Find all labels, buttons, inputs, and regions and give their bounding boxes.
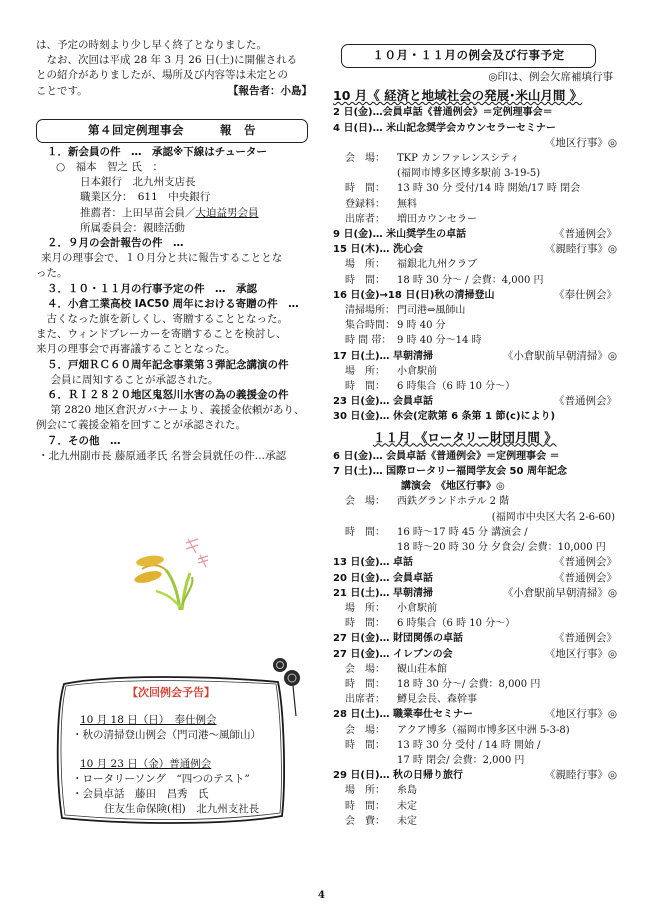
october-header: 10 月《 経済と地域社会の発展･米山月間 》 <box>333 88 623 103</box>
rice-stalk-icon <box>130 525 220 615</box>
intro-line-2: なお、次回は平成 28 年 3 月 26 日(土)に開催される <box>36 53 318 68</box>
detail-row: 場 所：福銀北九州クラブ <box>333 257 623 272</box>
event-nov-21: 21 日(土) … 早朝清掃 《小倉駅前早朝清掃》◎ <box>333 586 623 601</box>
detail-row: 出席者：鱒見会長、森幹事 <box>333 692 623 707</box>
detail-row: 時 間：6 時集合（6 時 10 分～） <box>333 616 623 631</box>
detail-row: 会 場：TKP カンファレンスシティ <box>333 151 623 166</box>
item-2-body-2: った。 <box>36 266 318 281</box>
event-nov-13: 13 日(金) … 卓話 《普通例会》 <box>333 555 623 570</box>
detail-row: 時 間：6 時集合（6 時 10 分～） <box>333 379 623 394</box>
november-events: 6 日(金) … 会員卓話《普通例会》＝定例理事会 ＝ 7 日(土) … 国際ロ… <box>333 449 623 829</box>
rice-illustration <box>130 525 220 615</box>
left-column: は、予定の時刻より少し早く終了となりました。 なお、次回は平成 28 年 3 月… <box>36 38 318 464</box>
item-6-body-1: 第 2820 地区倉沢ガバナーより、義援金依頼があり、 <box>36 403 318 418</box>
detail-row: 場 所：小倉駅前 <box>333 601 623 616</box>
item-7-heading: ７．その他 … <box>36 434 318 449</box>
intro-line-4: ことです。 【報告者：小島】 <box>36 84 318 99</box>
item-4-body-3: 来月の理事会で再審議することとなった。 <box>36 342 318 357</box>
event-nov-7-line2: 講演会 《地区行事》◎ <box>333 479 623 494</box>
detail-row: 場 所：糸島 <box>333 783 623 798</box>
event-oct-23: 23 日(金) … 会員卓話 《普通例会》 <box>333 394 623 409</box>
next-meeting-notice: 【次回例会予告】 10 月 18 日（日） 奉仕例会 ・秋の清掃登山例会（門司港… <box>52 670 290 830</box>
board-report-title: 第４回定例理事会 報 告 <box>36 119 308 143</box>
event-nov-7: 7 日(土) … 国際ロータリー福岡学友会 50 周年記念 <box>333 464 623 479</box>
item-2-heading: ２．９月の会計報告の件 … <box>36 236 318 251</box>
page-number: 4 <box>318 888 325 903</box>
new-member-committee: 所属委員会：親睦活動 <box>36 221 318 236</box>
item-5-heading: ５．戸畑ＲＣ６０周年記念事業第３弾記念講演の件 <box>36 358 318 373</box>
dragonfly-icon <box>186 539 208 567</box>
detail-continuation: 17 時 閉会/ 会費：2,000 円 <box>333 753 623 768</box>
event-oct-16-18: 16 日(金)→18 日(日) 秋の清掃登山 《奉仕例会》 <box>333 288 623 303</box>
event-oct-15: 15 日(木) … 洗心会 《親睦行事》◎ <box>333 242 623 257</box>
intro-line-3: との紹介がありましたが、場所及び内容等は未定との <box>36 68 318 83</box>
detail-row: 会 場：アクア博多（福岡市博多区中洲 5-3-8) <box>333 723 623 738</box>
new-member-org: 日本銀行 北九州支店長 <box>36 175 318 190</box>
meeting-1-heading: 10 月 18 日（日） 奉仕例会 <box>72 713 261 728</box>
detail-row: 出席者：増田カウンセラー <box>333 212 623 227</box>
intro-line-1: は、予定の時刻より少し早く終了となりました。 <box>36 38 318 53</box>
event-oct-4: 4 日(日) … 米山記念奨学会カウンセラーセミナー <box>333 121 623 136</box>
event-nov-28: 28 日(土) … 職業奉仕セミナー 《地区行事》◎ <box>333 707 623 722</box>
new-member-recommenders: 推薦者：上田早苗会員／大迫益男会員 <box>36 206 318 221</box>
event-oct-9: 9 日(金) … 米山奨学生の卓話 《普通例会》 <box>333 227 623 242</box>
event-nov-6: 6 日(金) … 会員卓話《普通例会》＝定例理事会 ＝ <box>333 449 623 464</box>
event-oct-2: 2 日(金) …会員卓話《普通例会》＝定例理事会＝ <box>333 105 623 120</box>
event-oct-30: 30 日(金) … 休会(定款第 6 条第 1 節(c)により) <box>333 409 623 424</box>
meeting-2-heading: 10 月 23 日（金）普通例会 <box>72 757 261 772</box>
item-2-body-1: 来月の理事会で、１０月分と共に報告することとな <box>36 251 318 266</box>
november-header: １１月 《ロータリー財団月間 》 <box>333 430 623 445</box>
detail-row: 会 場：西鉄グランドホテル 2 階 <box>333 494 623 509</box>
meeting-2-item-2: ・会員卓話 藤田 昌秀 氏 <box>72 787 261 802</box>
item-6-heading: ６．ＲＩ２８２０地区鬼怒川水害の為の義援金の件 <box>36 388 318 403</box>
item-5-body: 会員に周知することが承認された。 <box>36 373 318 388</box>
detail-row: 場 所：小倉駅前 <box>333 364 623 379</box>
october-events: 2 日(金) …会員卓話《普通例会》＝定例理事会＝ 4 日(日) … 米山記念奨… <box>333 105 623 424</box>
item-4-heading: ４．小倉工業高校 IAC50 周年における寄贈の件 … <box>36 297 318 312</box>
detail-row: 時 間 帯：9 時 40 分～14 時 <box>333 333 623 348</box>
detail-continuation: 18 時～20 時 30 分 夕食会/ 会費：10,000 円 <box>333 540 623 555</box>
detail-row: (福岡市博多区博多駅前 3-19-5) <box>333 166 623 181</box>
notice-body: 10 月 18 日（日） 奉仕例会 ・秋の清掃登山例会（門司港～風師山） 10 … <box>72 713 261 817</box>
detail-row: 時 間：13 時 30 分 受付 / 14 時 開始 / <box>333 738 623 753</box>
reporter: 【報告者：小島】 <box>228 84 312 99</box>
detail-row: 会 費：未定 <box>333 814 623 829</box>
detail-row: 時 間：18 時 30 分～/ 会費：8,000 円 <box>333 677 623 692</box>
rose-decoration-icon <box>272 656 302 721</box>
right-column: １０月・１１月の例会及び行事予定 ◎印は、例会欠席補填行事 10 月《 経済と地… <box>333 38 623 829</box>
event-nov-29: 29 日(日) … 秋の日帰り旅行 《親睦行事》◎ <box>333 768 623 783</box>
detail-row: 時 間：未定 <box>333 799 623 814</box>
meeting-2-item-3: 住友生命保険(相) 北九州支社長 <box>72 802 261 817</box>
detail-row: 時 間：18 時 30 分～ / 会費：4,000 円 <box>333 273 623 288</box>
event-nov-7-address: (福岡市中央区大名 2-6-60) <box>333 510 623 525</box>
detail-row: 時 間：16 時～17 時 45 分 講演会 / <box>333 525 623 540</box>
event-nov-20: 20 日(金) … 会員卓話 《普通例会》 <box>333 571 623 586</box>
item-4-body-1: 古くなった旗を新しくし、寄贈することとなった。 <box>36 312 318 327</box>
detail-row: 清掃場所：門司港⇔風師山 <box>333 303 623 318</box>
meeting-2-item-1: ・ロータリーソング “四つのテスト” <box>72 772 261 787</box>
item-4-body-2: また、ウィンドブレーカーを寄贈することを検討し、 <box>36 327 318 342</box>
detail-row: 時 間：13 時 30 分 受付/14 時 開始/17 時 閉会 <box>333 181 623 196</box>
tutor-name: 大迫益男会員 <box>196 207 259 219</box>
board-items: １．新会員の件 … 承認※下線はチューター ○ 福本 智之 氏 ： 日本銀行 北… <box>36 145 318 464</box>
event-nov-27-eleven: 27 日(金) … イレブンの会 《地区行事》◎ <box>333 647 623 662</box>
new-member-class: 職業区分： 611 中央銀行 <box>36 190 318 205</box>
event-nov-27-foundation: 27 日(金) … 財団関係の卓話 《普通例会》 <box>333 631 623 646</box>
item-7-body: ・北九州副市長 藤原通孝氏 名誉会員就任の件…承認 <box>36 449 318 464</box>
event-oct-17: 17 日(土) … 早朝清掃 《小倉駅前早朝清掃》◎ <box>333 349 623 364</box>
item-6-body-2: 例会にて義援金箱を回すことが承認された。 <box>36 418 318 433</box>
meeting-1-item: ・秋の清掃登山例会（門司港～風師山） <box>72 728 261 743</box>
item-3-heading: ３．１０・１１月の行事予定の件 … 承認 <box>36 282 318 297</box>
item-1-heading: １．新会員の件 … 承認※下線はチューター <box>36 145 318 160</box>
schedule-title: １０月・１１月の例会及び行事予定 <box>341 44 596 68</box>
detail-row: 登録料：無料 <box>333 197 623 212</box>
schedule-note: ◎印は、例会欠席補填行事 <box>333 70 623 85</box>
detail-row: 集合時間：9 時 40 分 <box>333 318 623 333</box>
notice-title: 【次回例会予告】 <box>52 685 290 700</box>
event-oct-4-tag: 《地区行事》◎ <box>333 136 623 151</box>
detail-row: 会 場：観山荘本館 <box>333 662 623 677</box>
new-member-name: ○ 福本 智之 氏 ： <box>36 160 318 175</box>
